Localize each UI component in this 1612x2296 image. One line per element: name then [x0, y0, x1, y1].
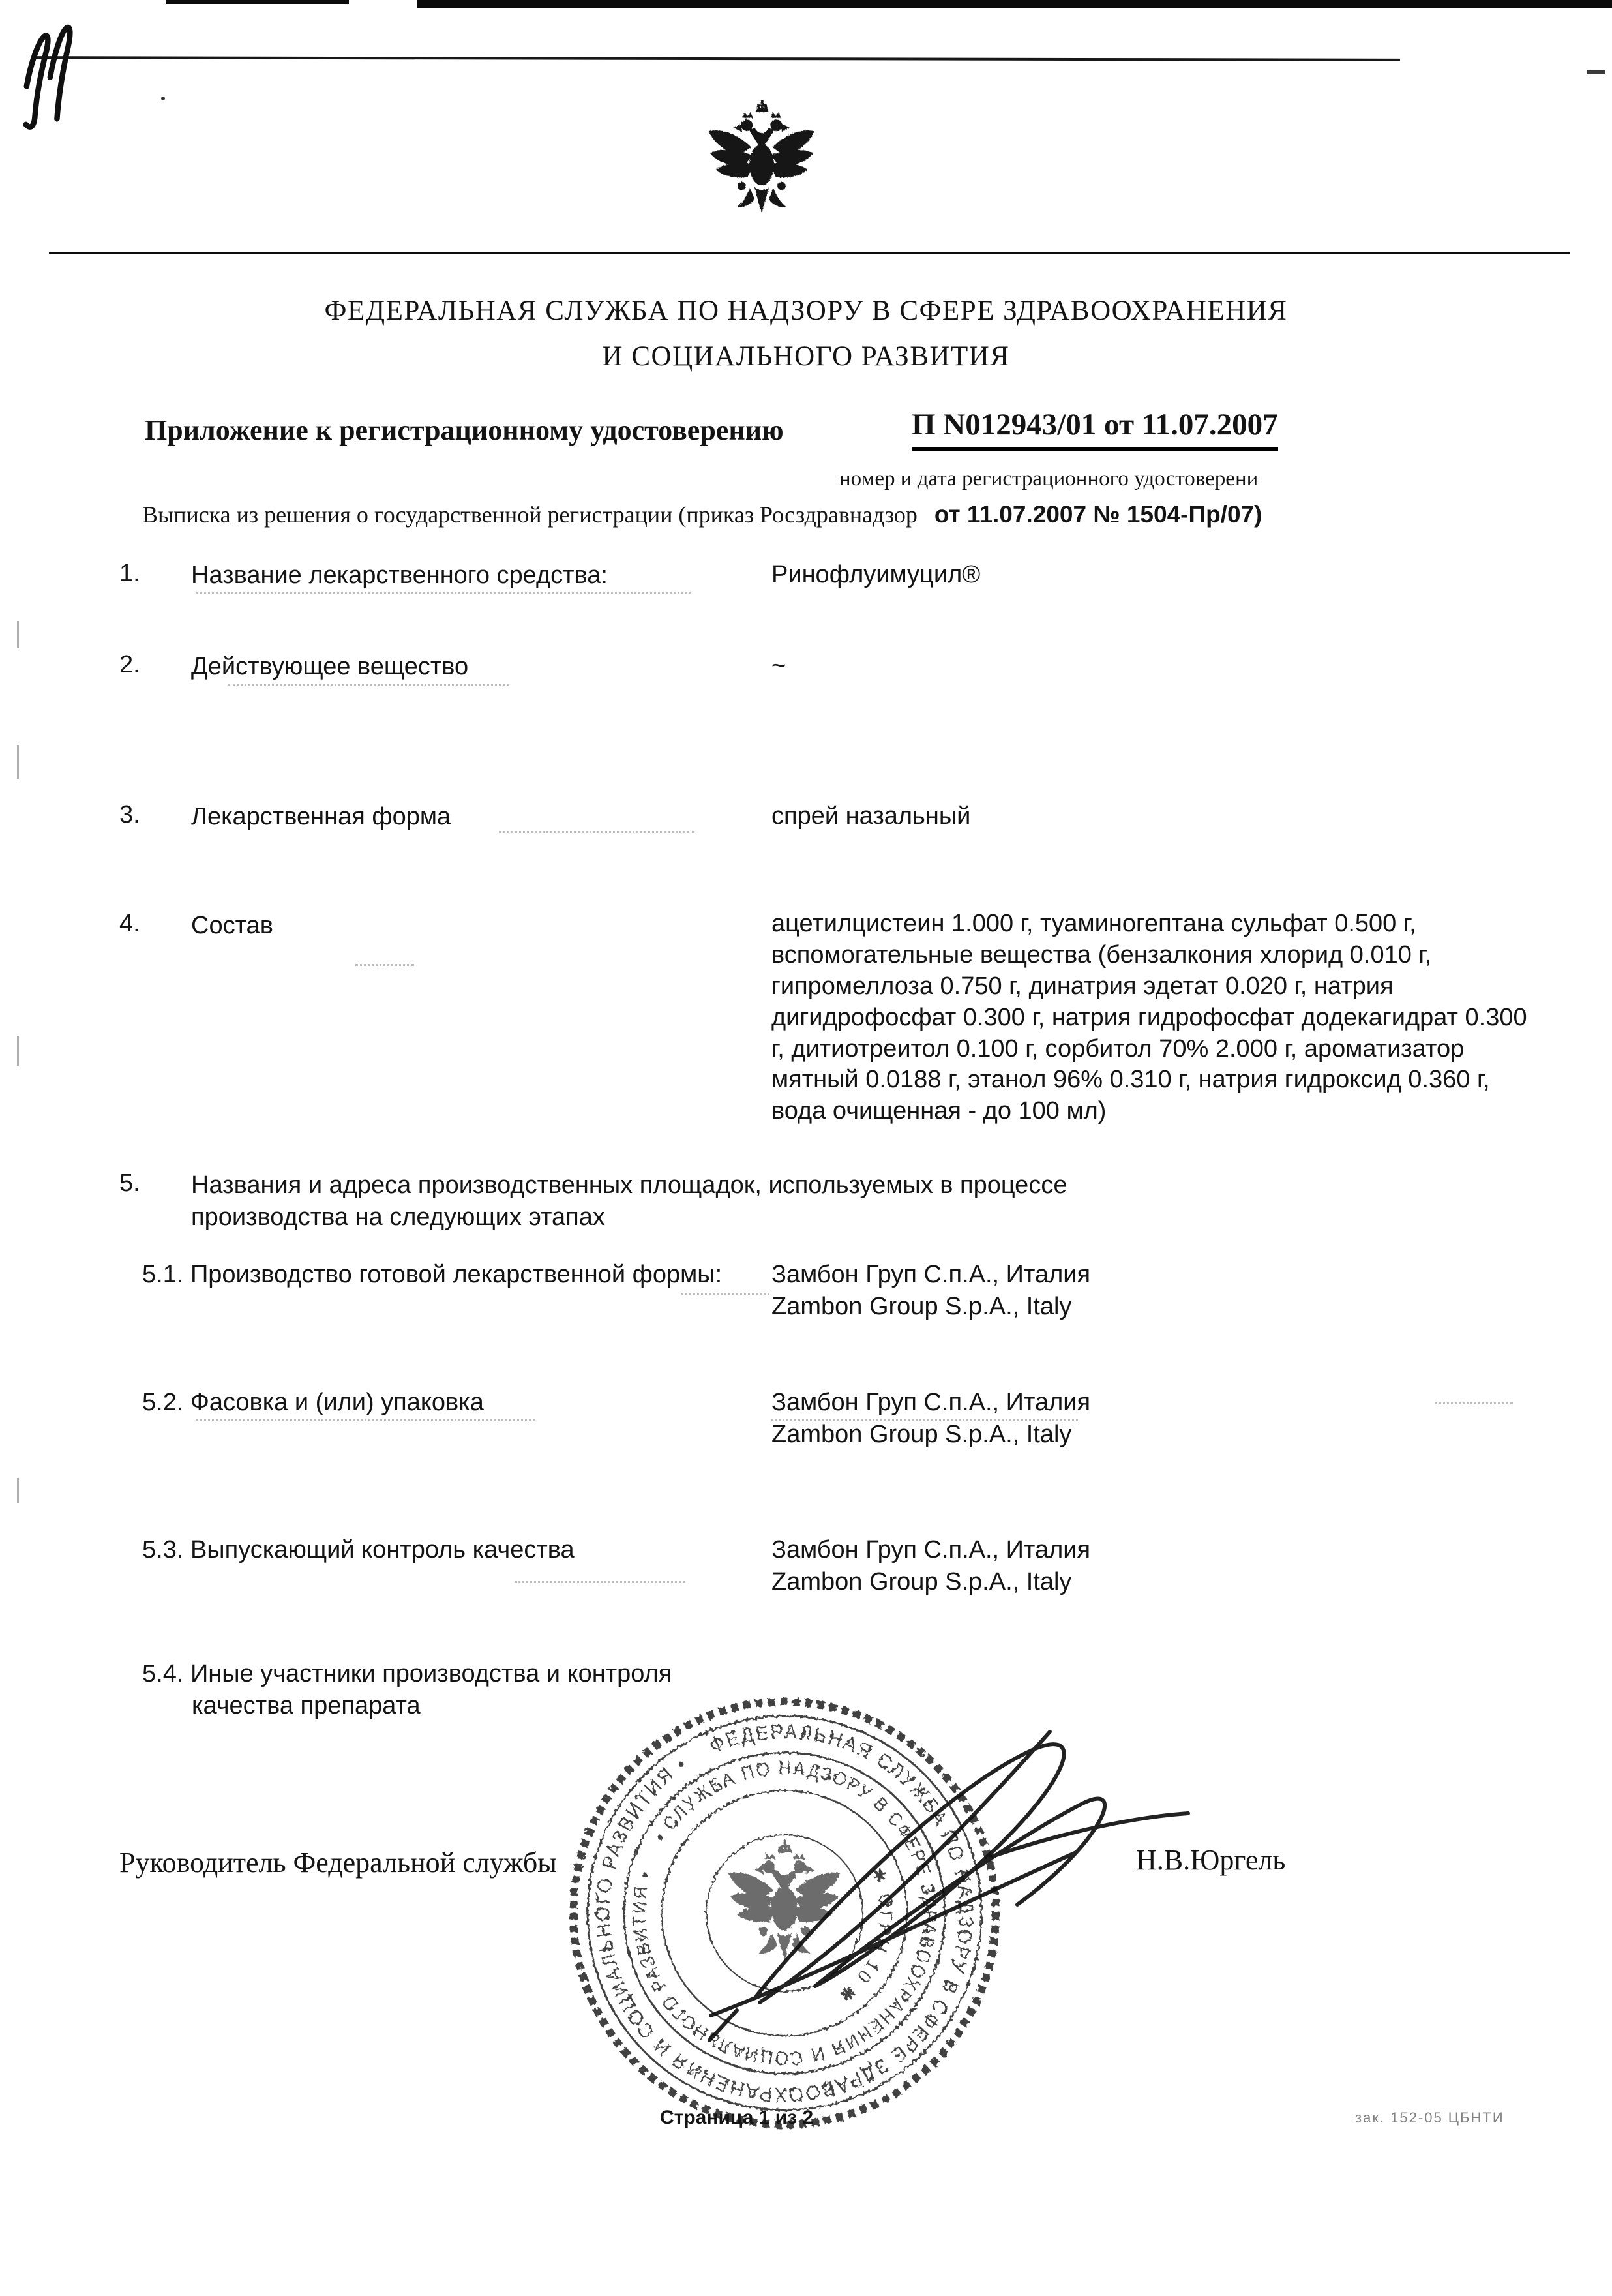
site-5-3-number: 5.3. [142, 1536, 183, 1563]
scan-artifact-top-edge [166, 0, 349, 4]
site-5-2-value-ru: Замбон Груп С.п.А., Италия [771, 1387, 1090, 1419]
site-5-2-label: Фасовка и (или) упаковка [190, 1389, 484, 1416]
scan-artifact-dotted-line [771, 1419, 1078, 1421]
item-1-number: 1. [119, 560, 140, 588]
scan-artifact-margin-mark [17, 745, 19, 779]
item-3-value: спрей назальный [771, 801, 970, 832]
scan-artifact-dotted-line [1435, 1402, 1513, 1404]
extract-order-number: от 11.07.2007 № 1504-Пр/07) [934, 501, 1262, 528]
scan-artifact-top-edge [417, 0, 1612, 8]
item-2-label: Действующее вещество [191, 651, 468, 683]
item-4-number: 4. [119, 910, 140, 938]
site-5-1-label: Производство готовой лекарственной формы… [190, 1261, 722, 1288]
item-3-label: Лекарственная форма [191, 801, 451, 833]
site-5-2-number: 5.2. [142, 1389, 183, 1416]
scan-artifact-margin-mark [17, 1478, 19, 1503]
org-title-line1: ФЕДЕРАЛЬНАЯ СЛУЖБА ПО НАДЗОРУ В СФЕРЕ ЗД… [0, 295, 1612, 327]
site-5-3-label: Выпускающий контроль качества [190, 1536, 575, 1563]
site-5-1-value-ru: Замбон Груп С.п.А., Италия [771, 1259, 1090, 1291]
site-5-1-number: 5.1. [142, 1261, 183, 1288]
scan-artifact-dotted-line [196, 1419, 535, 1421]
site-5-1-value-en: Zambon Group S.p.A., Italy [771, 1291, 1090, 1323]
item-5-number: 5. [119, 1170, 140, 1198]
scan-artifact-dotted-line [355, 964, 414, 966]
org-title-line2: И СОЦИАЛЬНОГО РАЗВИТИЯ [0, 340, 1612, 372]
coat-of-arms-icon [703, 95, 820, 253]
scan-artifact-dotted-line [681, 1293, 769, 1295]
item-2-number: 2. [119, 651, 140, 679]
header-divider [49, 252, 1570, 254]
item-1-value: Ринофлуимуцил® [771, 560, 980, 591]
site-5-1-value: Замбон Груп С.п.А., Италия Zambon Group … [771, 1259, 1090, 1323]
site-5-4-number: 5.4. [142, 1660, 183, 1687]
item-4-label: Состав [191, 910, 273, 942]
scan-artifact-margin-mark [17, 621, 19, 648]
site-5-1-row: 5.1. Производство готовой лекарственной … [142, 1259, 844, 1291]
site-5-3-value: Замбон Груп С.п.А., Италия Zambon Group … [771, 1534, 1090, 1599]
scan-artifact-dotted-line [228, 684, 509, 686]
item-1-label: Название лекарственного средства: [191, 560, 608, 592]
extract-text: Выписка из решения о государственной рег… [142, 502, 918, 528]
site-5-2-row: 5.2. Фасовка и (или) упаковка [142, 1387, 844, 1419]
scan-artifact-dot [161, 97, 165, 100]
site-5-2-value-en: Zambon Group S.p.A., Italy [771, 1419, 1090, 1451]
scan-artifact-dotted-line [515, 1581, 685, 1583]
page-number-label: Страница 1 из 2 [660, 2107, 813, 2129]
item-2-value: ~ [771, 651, 786, 682]
scan-artifact-dotted-line [499, 831, 694, 833]
item-5-label: Названия и адреса производственных площа… [191, 1170, 1124, 1233]
scan-artifact-dash [1587, 70, 1605, 74]
extract-line: Выписка из решения о государственной рег… [142, 501, 1262, 528]
handwritten-mark [13, 21, 91, 138]
print-shop-code: зак. 152-05 ЦБНТИ [1355, 2109, 1504, 2126]
signatory-title: Руководитель Федеральной службы [119, 1846, 557, 1879]
appendix-label: Приложение к регистрационному удостовере… [145, 414, 784, 447]
site-5-3-value-ru: Замбон Груп С.п.А., Италия [771, 1534, 1090, 1566]
item-4-value-composition: ацетилцистеин 1.000 г, туаминогептана су… [771, 909, 1528, 1127]
site-5-3-value-en: Zambon Group S.p.A., Italy [771, 1566, 1090, 1598]
scanned-document: { "header": { "org_line1": "ФЕДЕРАЛЬНАЯ … [0, 0, 1612, 2296]
registration-number-caption: номер и дата регистрационного удостовере… [839, 467, 1258, 491]
signature-strokes [619, 1689, 1226, 2068]
scan-artifact-margin-mark [17, 1036, 19, 1066]
registration-number: П N012943/01 от 11.07.2007 [912, 407, 1278, 451]
scan-artifact-top-line [36, 56, 1400, 61]
item-3-number: 3. [119, 801, 140, 829]
scan-artifact-dotted-line [196, 592, 691, 594]
site-5-3-row: 5.3. Выпускающий контроль качества [142, 1534, 844, 1566]
